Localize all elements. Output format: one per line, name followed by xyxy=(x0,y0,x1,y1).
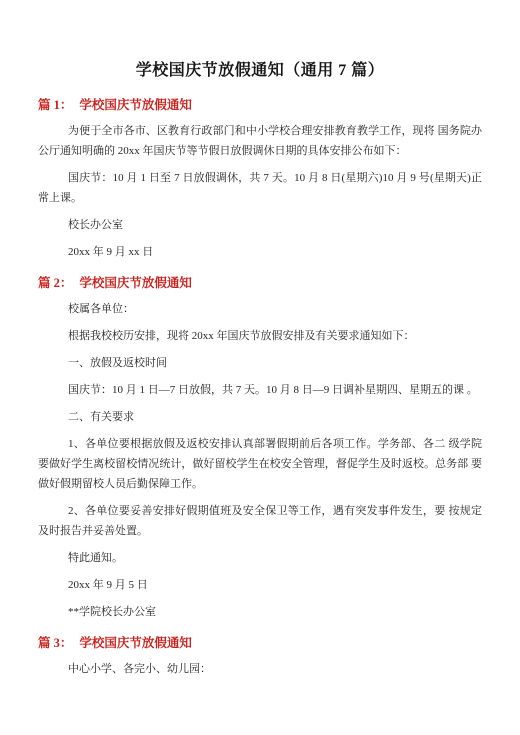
section-1-number: 篇 1： xyxy=(38,98,72,112)
section-1-title: 学校国庆节放假通知 xyxy=(79,98,192,112)
section-2-subheading: 一、放假及返校时间 xyxy=(38,353,482,373)
section-1-paragraph: 为便于全市各市、区教育行政部门和中小学校合理安排教育教学工作，现将 国务院办公厅… xyxy=(38,121,482,161)
section-2-paragraph: 2、各单位要妥善安排好假期值班及安全保卫等工作，遇有突发事件发生，要 按规定及时… xyxy=(38,501,482,541)
section-3-salutation: 中心小学、各完小、幼儿园： xyxy=(38,659,482,679)
section-2-subheading: 二、有关要求 xyxy=(38,407,482,427)
section-2-heading: 篇 2：学校国庆节放假通知 xyxy=(38,275,482,292)
section-2-paragraph: 1、各单位要根据放假及返校安排认真部署假期前后各项工作。学务部、各二 级学院要做… xyxy=(38,434,482,494)
section-2-paragraph: 国庆节：10 月 1 日—7 日放假，共 7 天。10 月 8 日—9 日调补星… xyxy=(38,380,482,400)
document-title: 学校国庆节放假通知（通用 7 篇） xyxy=(38,58,482,84)
section-1-date: 20xx 年 9 月 xx 日 xyxy=(38,242,482,262)
document-page: 学校国庆节放假通知（通用 7 篇） 篇 1：学校国庆节放假通知 为便于全市各市、… xyxy=(0,0,520,735)
section-2-title: 学校国庆节放假通知 xyxy=(79,276,192,290)
section-2-number: 篇 2： xyxy=(38,276,72,290)
section-2-date: 20xx 年 9 月 5 日 xyxy=(38,575,482,595)
section-3-number: 篇 3： xyxy=(38,636,72,650)
section-2-signature: **学院校长办公室 xyxy=(38,602,482,622)
section-2-paragraph: 根据我校校历安排，现将 20xx 年国庆节放假安排及有关要求通知如下： xyxy=(38,326,482,346)
section-2-closing: 特此通知。 xyxy=(38,548,482,568)
section-3-heading: 篇 3：学校国庆节放假通知 xyxy=(38,635,482,652)
section-2-salutation: 校属各单位： xyxy=(38,299,482,319)
section-3-title: 学校国庆节放假通知 xyxy=(79,636,192,650)
section-1-paragraph: 国庆节：10 月 1 日至 7 日放假调休，共 7 天。10 月 8 日(星期六… xyxy=(38,168,482,208)
section-1-heading: 篇 1：学校国庆节放假通知 xyxy=(38,97,482,114)
section-1-signature: 校长办公室 xyxy=(38,215,482,235)
